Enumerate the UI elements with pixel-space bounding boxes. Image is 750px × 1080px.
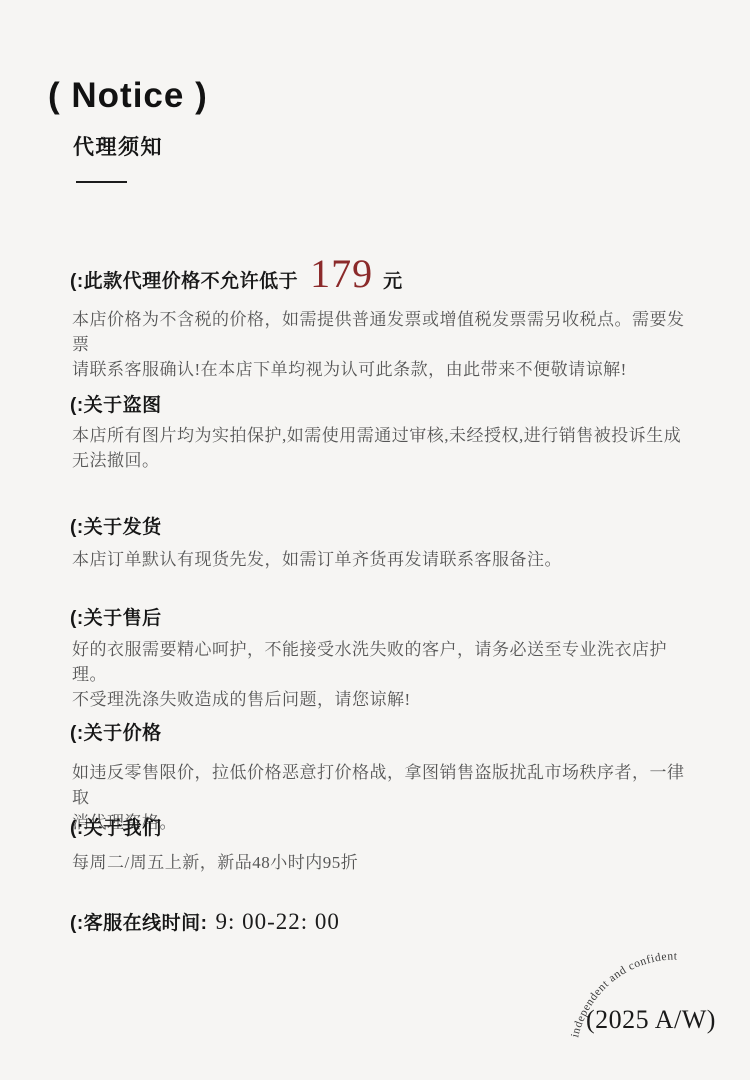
season-stamp: independent and confident (2025 A/W) [540, 918, 750, 1068]
service-hours-label: (:客服在线时间: [70, 908, 207, 935]
section-body-line: 好的衣服需要精心呵护，不能接受水洗失败的客户，请务必送至专业洗衣店护理。 [72, 637, 692, 687]
section-heading-pricing: (:关于价格 [70, 718, 162, 745]
service-hours-time: 9: 00-22: 00 [215, 909, 339, 935]
tax-paragraph-line1: 本店价格为不含税的价格，如需提供普通发票或增值税发票需另收税点。需要发票 [72, 307, 692, 357]
title-divider [76, 181, 127, 183]
section-body-pricing: 如违反零售限价，拉低价格恶意打价格战，拿图销售盗版扰乱市场秩序者，一律取 消代理… [72, 760, 692, 835]
page-subtitle: 代理须知 [73, 131, 163, 161]
page-title: ( Notice ) [48, 76, 208, 116]
price-floor-notice: (:此款代理价格不允许低于 179 元 [70, 254, 403, 294]
section-body-aftersales: 好的衣服需要精心呵护，不能接受水洗失败的客户，请务必送至专业洗衣店护理。 不受理… [72, 637, 692, 712]
agent-notice-page: ( Notice ) 代理须知 (:此款代理价格不允许低于 179 元 本店价格… [0, 0, 750, 1080]
section-body-stolen-images: 本店所有图片均为实拍保护,如需使用需通过审核,未经授权,进行销售被投诉生成 无法… [72, 423, 692, 473]
section-body-line: 无法撤回。 [72, 448, 692, 473]
price-value: 179 [310, 254, 373, 294]
section-heading-aftersales: (:关于售后 [70, 603, 162, 630]
price-unit: 元 [383, 266, 403, 293]
service-hours: (:客服在线时间: 9: 00-22: 00 [70, 908, 340, 935]
tax-paragraph: 本店价格为不含税的价格，如需提供普通发票或增值税发票需另收税点。需要发票 请联系… [72, 307, 692, 382]
section-body-line: 本店订单默认有现货先发，如需订单齐货再发请联系客服备注。 [72, 547, 692, 572]
section-body-line: 消代理资格。 [72, 810, 692, 835]
section-body-line: 本店所有图片均为实拍保护,如需使用需通过审核,未经授权,进行销售被投诉生成 [72, 423, 692, 448]
section-body-shipping: 本店订单默认有现货先发，如需订单齐货再发请联系客服备注。 [72, 547, 692, 572]
section-body-line: 如违反零售限价，拉低价格恶意打价格战，拿图销售盗版扰乱市场秩序者，一律取 [72, 760, 692, 810]
section-heading-stolen-images: (:关于盗图 [70, 390, 162, 417]
section-body-line: 每周二/周五上新，新品48小时内95折 [72, 850, 692, 875]
stamp-season-text: (2025 A/W) [586, 1005, 716, 1034]
section-body-line: 不受理洗涤失败造成的售后问题，请您谅解! [72, 687, 692, 712]
section-body-about-us: 每周二/周五上新，新品48小时内95折 [72, 850, 692, 875]
section-heading-shipping: (:关于发货 [70, 512, 162, 539]
section-heading-about-us: (:关于我们 [70, 813, 162, 840]
tax-paragraph-line2: 请联系客服确认!在本店下单均视为认可此条款，由此带来不便敬请谅解! [72, 357, 692, 382]
price-notice-prefix: (:此款代理价格不允许低于 [70, 266, 298, 293]
